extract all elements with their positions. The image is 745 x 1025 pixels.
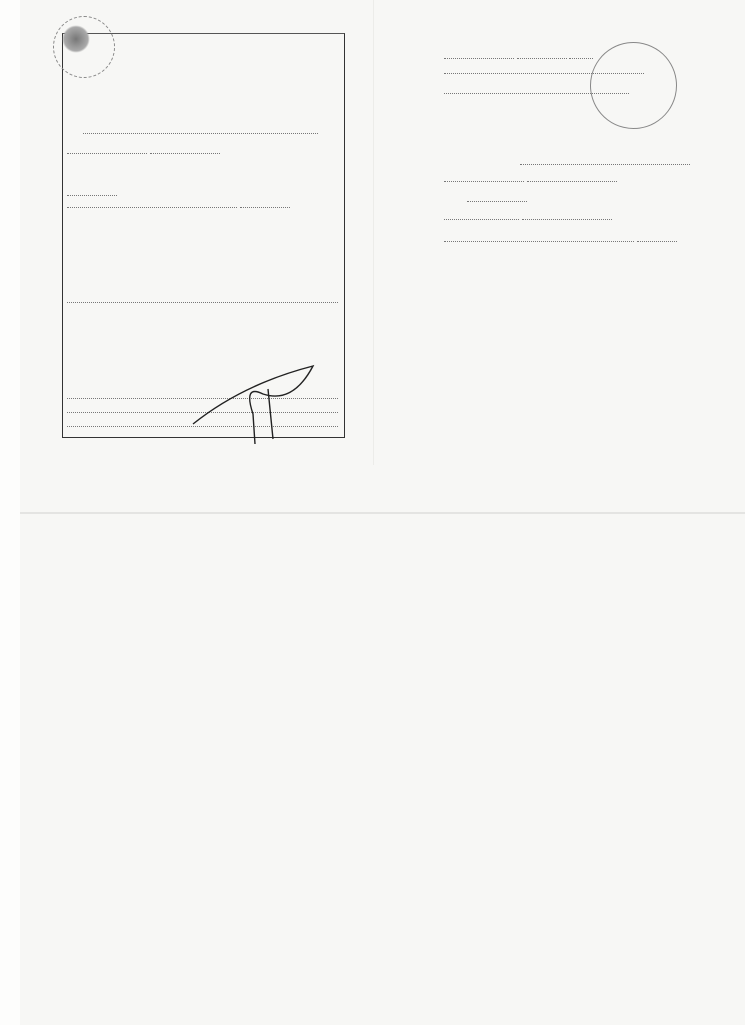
field-judet-localitate xyxy=(444,212,722,222)
field-sex-age xyxy=(444,194,722,204)
field-sex-age xyxy=(67,164,338,182)
field-judetul xyxy=(444,45,722,63)
field-str xyxy=(444,234,722,244)
field-catre xyxy=(520,157,722,167)
admission-ticket xyxy=(62,33,345,438)
field-la xyxy=(67,126,338,137)
field-domiciliu xyxy=(67,182,338,200)
hospital-seal-icon xyxy=(53,16,115,78)
referral-ticket-top xyxy=(440,0,730,470)
field-numele xyxy=(444,174,722,184)
field-numele xyxy=(67,146,338,157)
fold-line-vertical xyxy=(373,0,374,465)
fold-line-horizontal xyxy=(20,512,745,514)
field-str xyxy=(67,200,338,211)
field-unitatea xyxy=(444,86,722,96)
doctor-signature-icon xyxy=(183,354,333,444)
field-localitatea xyxy=(444,66,722,76)
scan-edge xyxy=(0,0,20,1025)
